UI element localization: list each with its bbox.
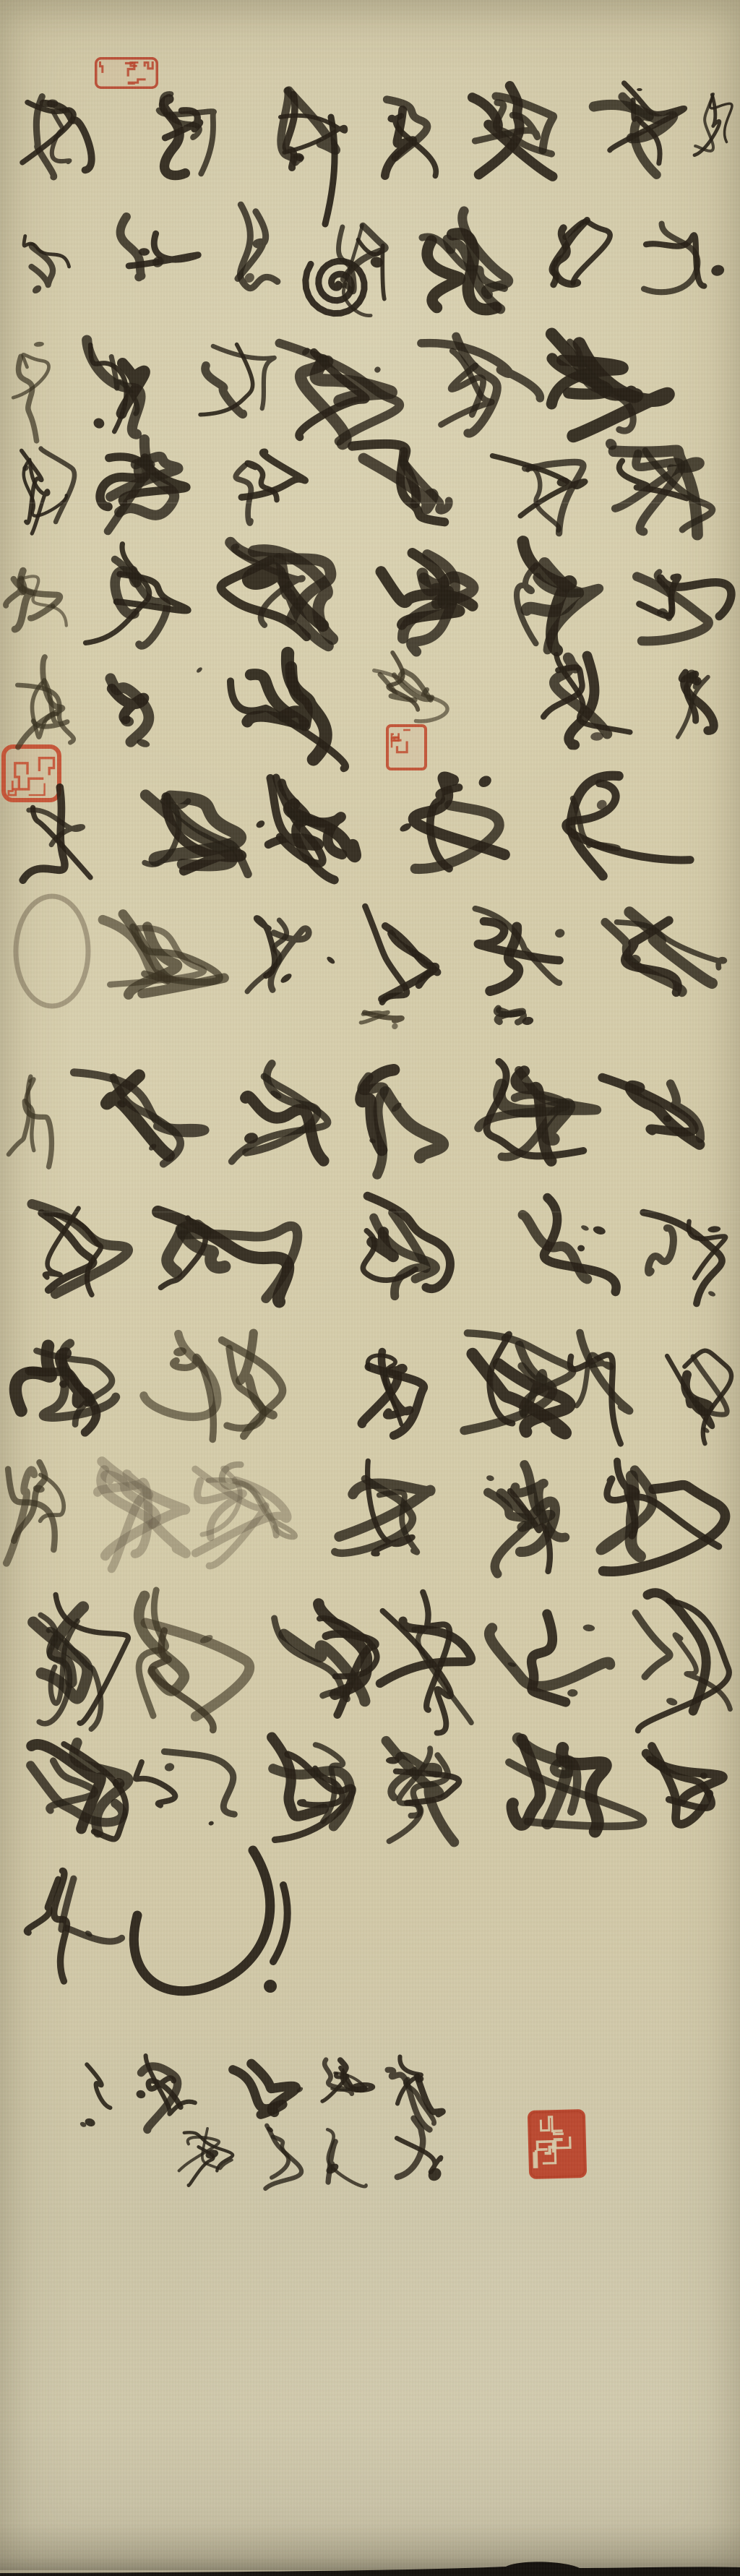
glyph-cluster	[221, 543, 332, 646]
scroll-bottom-edge	[0, 2559, 740, 2576]
seal-script-marks	[534, 2152, 536, 2167]
glyph-cluster	[144, 1334, 218, 1440]
glyph-cluster	[509, 1738, 643, 1832]
glyph-cluster	[255, 778, 356, 880]
glyph-cluster	[678, 669, 714, 737]
glyph-cluster	[22, 449, 75, 534]
glyph-cluster	[361, 1012, 402, 1030]
glyph-cluster	[24, 236, 69, 296]
glyph-cluster	[7, 1462, 64, 1563]
glyph-cluster	[551, 334, 668, 436]
glyph-cluster	[121, 217, 199, 278]
glyph-cluster	[86, 544, 189, 646]
signature-glyph	[397, 2118, 444, 2184]
seal-left-edge	[4, 747, 59, 800]
glyph-cluster	[352, 444, 449, 522]
signature-glyph	[135, 2056, 195, 2129]
glyph-cluster	[111, 666, 203, 749]
flourish-stroke	[134, 1850, 270, 1991]
glyph-cluster	[136, 1751, 234, 1826]
glyph-cluster	[492, 456, 585, 533]
glyph-cluster	[594, 83, 685, 175]
glyph-cluster	[603, 437, 713, 535]
calligraphy-artwork-svg	[0, 0, 740, 2576]
signature-glyph	[179, 2129, 233, 2186]
glyph-cluster	[159, 94, 214, 176]
dry-brush-circle	[16, 896, 88, 1006]
glyph-cluster	[236, 452, 305, 523]
signature-column	[79, 2056, 444, 2189]
glyph-cluster	[601, 1461, 725, 1572]
glyph-cluster	[27, 1871, 121, 1981]
glyph-cluster	[280, 343, 400, 444]
glyph-cluster	[272, 1738, 353, 1840]
glyph-cluster	[464, 1333, 572, 1433]
glyph-cluster	[335, 1461, 430, 1553]
glyph-cluster	[552, 220, 610, 285]
glyph-cluster	[637, 572, 731, 641]
glyph-cluster	[374, 653, 447, 721]
glyph-cluster	[386, 1741, 459, 1842]
signature-glyph	[265, 2126, 301, 2189]
glyph-cluster	[363, 1196, 450, 1297]
glyph-cluster	[231, 653, 345, 768]
glyph-cluster	[478, 1062, 597, 1161]
glyph-cluster	[646, 1746, 723, 1824]
signature-glyph	[79, 2064, 111, 2128]
signature-glyph	[324, 2129, 366, 2186]
glyph-cluster	[636, 1593, 731, 1731]
seal-bottom-solid	[528, 2109, 587, 2179]
glyph-cluster	[496, 1008, 534, 1026]
glyph-cluster	[139, 1590, 249, 1730]
flourish-stroke	[273, 1885, 288, 1962]
glyph-cluster	[644, 224, 726, 293]
glyph-cluster	[362, 1352, 424, 1435]
glyph-cluster	[605, 912, 724, 992]
glyph-cluster	[200, 345, 275, 415]
scroll-edge-shape	[0, 2562, 740, 2576]
glyph-cluster	[522, 1198, 616, 1292]
glyph-cluster	[13, 341, 48, 441]
glyph-cluster	[476, 909, 566, 991]
ink-dot	[264, 1980, 277, 1993]
glyph-cluster	[385, 100, 436, 176]
glyph-cluster	[247, 918, 336, 992]
glyph-cluster	[232, 1064, 328, 1162]
signature-glyph	[322, 2060, 373, 2102]
glyph-cluster	[103, 914, 224, 995]
signature-glyph	[233, 2064, 304, 2115]
glyph-cluster	[32, 1204, 128, 1295]
glyph-cluster	[421, 337, 541, 434]
glyph-cluster	[381, 553, 473, 652]
glyph-cluster	[100, 439, 186, 531]
glyph-cluster	[365, 906, 437, 1003]
glyph-cluster	[380, 1592, 471, 1733]
glyph-cluster	[17, 657, 74, 747]
seal-middle-square	[387, 726, 426, 769]
glyph-cluster	[33, 1594, 128, 1729]
glyph-cluster	[222, 1334, 283, 1436]
glyph-cluster	[22, 97, 92, 177]
glyph-cluster	[570, 1333, 629, 1444]
glyph-cluster	[87, 340, 145, 434]
glyph-cluster	[158, 1212, 298, 1302]
glyph-cluster	[361, 1070, 442, 1175]
glyph-cluster	[486, 1465, 565, 1574]
glyph-cluster	[145, 795, 248, 874]
glyph-cluster	[643, 1213, 726, 1304]
glyph-cluster	[489, 1614, 610, 1702]
glyph-cluster	[694, 94, 732, 155]
glyph-cluster	[399, 773, 505, 869]
calligraphy-scroll	[0, 0, 740, 2576]
glyph-cluster	[74, 1073, 205, 1164]
glyph-cluster	[6, 571, 66, 630]
glyph-cluster	[98, 1461, 186, 1569]
glyph-cluster	[15, 1343, 116, 1432]
glyph-cluster	[195, 1464, 295, 1566]
glyph-cluster	[517, 542, 599, 651]
glyph-cluster	[543, 655, 630, 745]
glyph-cluster	[9, 1077, 51, 1167]
seal-top-rectangular	[96, 59, 158, 88]
glyph-cluster	[667, 1351, 731, 1444]
glyph-cluster	[473, 86, 554, 176]
glyph-cluster	[30, 1743, 128, 1839]
calligraphy-glyphs-layer	[6, 83, 732, 1981]
glyph-cluster	[275, 1604, 377, 1715]
glyph-cluster	[422, 211, 508, 309]
glyph-cluster	[603, 1078, 701, 1145]
glyph-cluster	[238, 205, 277, 288]
glyph-cluster	[566, 776, 690, 876]
